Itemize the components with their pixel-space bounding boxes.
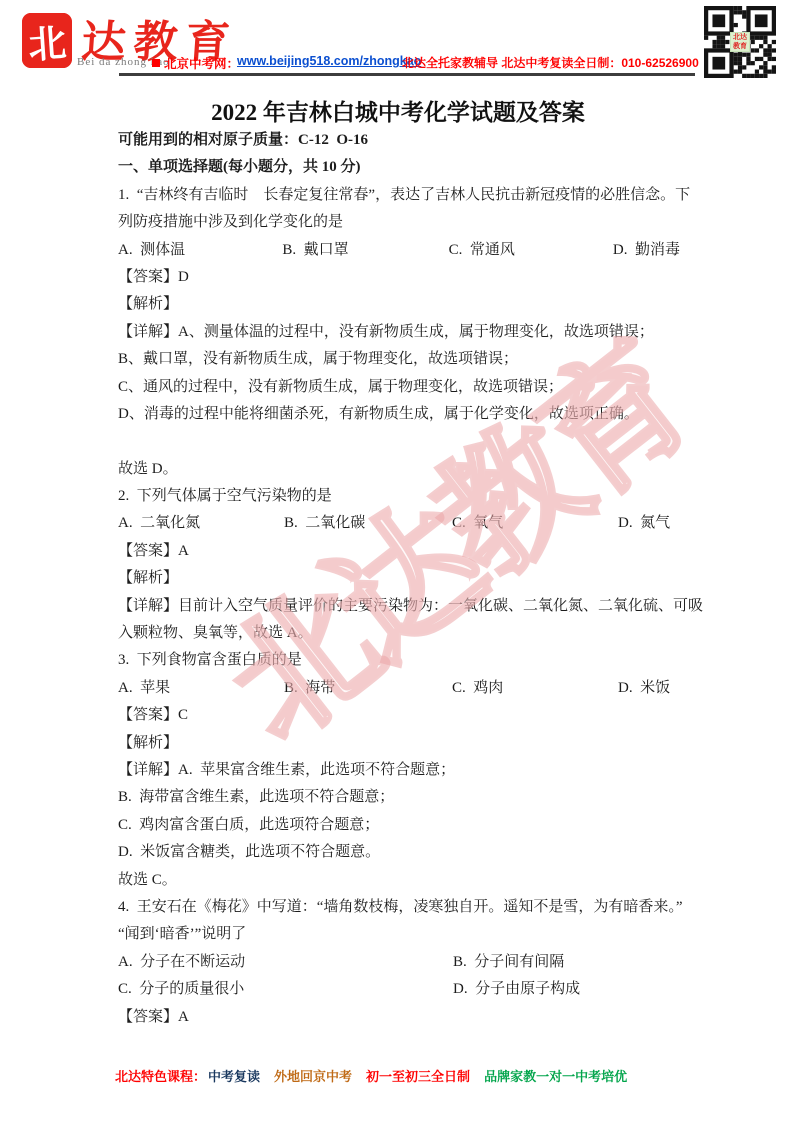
text-line: D、消毒的过程中能将细菌杀死，有新物质生成，属于化学变化，故选项正确。 — [118, 401, 680, 428]
footer-segment: 品牌家教一对一中考培优 — [484, 1069, 627, 1084]
option-item: D. 勤消毒 — [613, 237, 680, 264]
option-row: A. 测体温B. 戴口罩C. 常通风D. 勤消毒 — [118, 237, 680, 264]
option-row: A. 二氧化氮B. 二氧化碳C. 氧气D. 氮气 — [118, 510, 680, 537]
text-line: 故选 C。 — [118, 867, 680, 894]
option-item: C. 鸡肉 — [452, 675, 618, 702]
site-label: 北京中考网： — [164, 54, 239, 72]
option-row: C. 分子的质量很小D. 分子由原子构成 — [118, 976, 680, 1003]
text-line: C. 鸡肉富含蛋白质，此选项符合题意； — [118, 812, 680, 839]
text-line: 【解析】 — [118, 291, 680, 318]
option-item: C. 氧气 — [452, 510, 618, 537]
text-line: 【答案】D — [118, 264, 680, 291]
text-line: B、戴口罩，没有新物质生成，属于物理变化，故选项错误； — [118, 346, 680, 373]
qr-code: 北达教育 — [704, 6, 776, 78]
qr-center-label: 北达教育 — [730, 32, 750, 52]
text-line: 列防疫措施中涉及到化学变化的是 — [118, 209, 680, 236]
text-line — [118, 428, 680, 455]
text-line: 2. 下列气体属于空气污染物的是 — [118, 483, 680, 510]
footer-courses: 北达特色课程：中考复读外地回京中考初一至初三全日制品牌家教一对一中考培优 — [115, 1066, 715, 1085]
site-link[interactable]: www.beijing518.com/zhongkao — [237, 54, 421, 68]
option-item: D. 米饭 — [618, 675, 680, 702]
text-line: 入颗粒物、臭氧等，故选 A。 — [118, 620, 680, 647]
page-body: 可能用到的相对原子质量：C-12 O-16一、单项选择题(每小题分，共 10 分… — [118, 127, 680, 1031]
text-line: 1. “吉林终有吉临时 长春定复往常春”，表达了吉林人民抗击新冠疫情的必胜信念。… — [118, 182, 680, 209]
option-item: A. 苹果 — [118, 675, 284, 702]
footer-segment: 北达特色课程： — [115, 1069, 206, 1084]
option-row: A. 苹果B. 海带C. 鸡肉D. 米饭 — [118, 675, 680, 702]
option-row: A. 分子在不断运动B. 分子间有间隔 — [118, 949, 680, 976]
option-item: D. 分子由原子构成 — [453, 976, 680, 1003]
option-item: A. 二氧化氮 — [118, 510, 284, 537]
option-item: C. 常通风 — [449, 237, 613, 264]
text-line: 【详解】A、测量体温的过程中，没有新物质生成，属于物理变化，故选项错误； — [118, 319, 680, 346]
text-line: 【答案】C — [118, 702, 680, 729]
option-item: C. 分子的质量很小 — [118, 976, 453, 1003]
text-line: “闻到‘暗香’”说明了 — [118, 921, 680, 948]
page: 北 达教育 Bei da zhong kao 北京中考网： www.beijin… — [0, 0, 796, 1125]
text-line: C、通风的过程中，没有新物质生成，属于物理变化，故选项错误； — [118, 374, 680, 401]
text-line: 【详解】目前计入空气质量评价的主要污染物为：一氧化碳、二氧化氮、二氧化硫、可吸 — [118, 593, 680, 620]
text-line: 故选 D。 — [118, 456, 680, 483]
brand-seal-logo: 北 — [22, 13, 72, 68]
text-line: 一、单项选择题(每小题分，共 10 分) — [118, 154, 680, 181]
text-line: 【解析】 — [118, 730, 680, 757]
header-tagline: 北达全托家教辅导 北达中考复读全日制：010-62526900 — [402, 54, 699, 71]
option-item: B. 二氧化碳 — [284, 510, 452, 537]
text-line: 3. 下列食物富含蛋白质的是 — [118, 647, 680, 674]
option-item: B. 戴口罩 — [282, 237, 448, 264]
option-item: A. 测体温 — [118, 237, 282, 264]
brand-seal-char: 北 — [26, 12, 68, 70]
text-line: D. 米饭富含糖类，此选项不符合题意。 — [118, 839, 680, 866]
text-line: 【答案】A — [118, 1004, 680, 1031]
page-title: 2022 年吉林白城中考化学试题及答案 — [0, 94, 796, 127]
footer-segment: 初一至初三全日制 — [366, 1069, 470, 1084]
footer-segment: 外地回京中考 — [274, 1069, 352, 1084]
header-divider — [119, 73, 695, 76]
text-line: B. 海带富含维生素，此选项不符合题意； — [118, 784, 680, 811]
footer-segment: 中考复读 — [208, 1069, 260, 1084]
option-item: B. 海带 — [284, 675, 452, 702]
option-item: B. 分子间有间隔 — [453, 949, 680, 976]
bullet-square-icon — [152, 59, 160, 67]
text-line: 4. 王安石在《梅花》中写道：“墙角数枝梅，凌寒独自开。遥知不是雪，为有暗香来。… — [118, 894, 680, 921]
text-line: 可能用到的相对原子质量：C-12 O-16 — [118, 127, 680, 154]
option-item: D. 氮气 — [618, 510, 680, 537]
text-line: 【详解】A. 苹果富含维生素，此选项不符合题意； — [118, 757, 680, 784]
text-line: 【答案】A — [118, 538, 680, 565]
text-line: 【解析】 — [118, 565, 680, 592]
option-item: A. 分子在不断运动 — [118, 949, 453, 976]
